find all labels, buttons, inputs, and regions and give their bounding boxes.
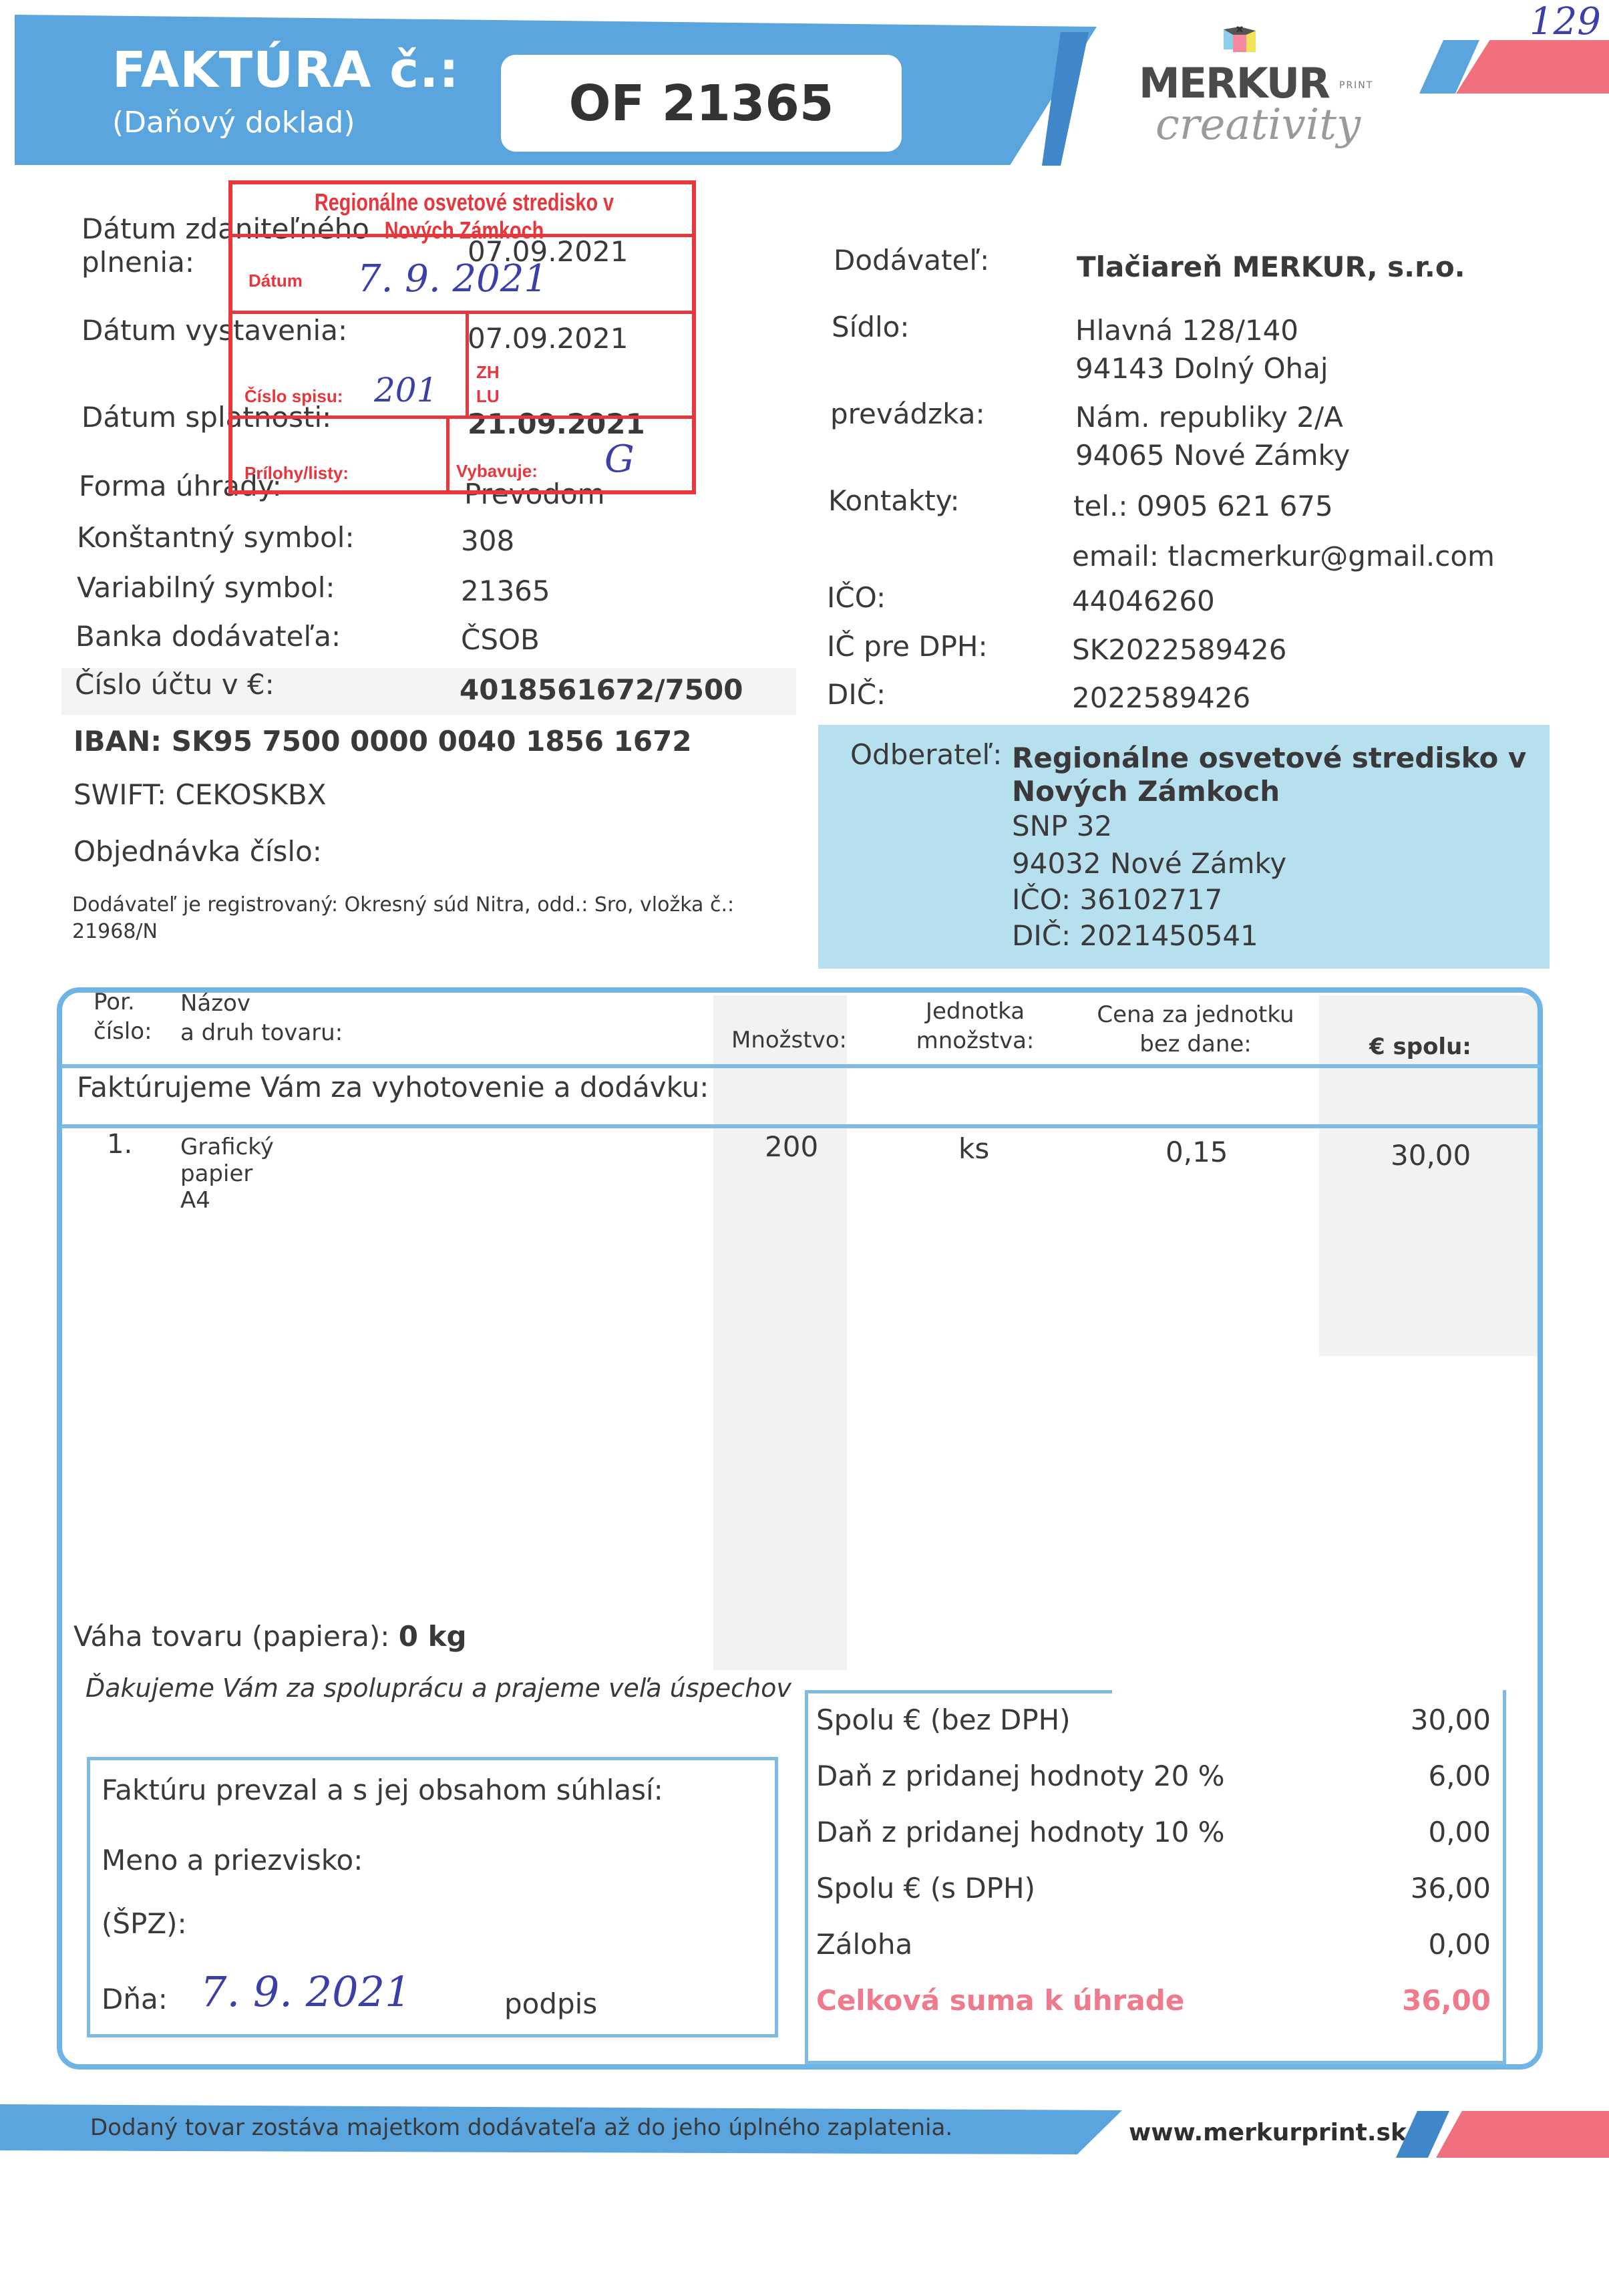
footer-stripe-red: [1436, 2111, 1609, 2158]
registration-note: Dodávateľ je registrovaný: Okresný súd N…: [72, 892, 800, 945]
icdph-label: IČ pre DPH:: [827, 630, 988, 663]
receipt-name-label: Meno a priezvisko:: [102, 1844, 363, 1876]
weight-row: Váha tovaru (papiera): 0 kg: [73, 1620, 467, 1653]
weight-label: Váha tovaru (papiera):: [73, 1620, 389, 1653]
stamp-divider: [466, 311, 469, 418]
totals-label: Spolu € (s DPH): [816, 1872, 1035, 1905]
totals-value: 0,00: [1428, 1816, 1491, 1848]
swift: SWIFT: CEKOSKBX: [73, 778, 327, 811]
stamp-divider: [446, 416, 450, 494]
stamp-divider: [228, 311, 696, 314]
stamp-code-zh: ZH: [476, 362, 500, 383]
totals-value: 30,00: [1411, 1703, 1491, 1736]
totals-label: Celková suma k úhrade: [816, 1984, 1184, 2017]
totals-row: Celková suma k úhrade36,00: [816, 1984, 1491, 2017]
col-price-header: Cena za jednotku bez dane:: [1082, 1000, 1309, 1059]
contacts-label: Kontakty:: [828, 484, 960, 517]
logo-cube-icon: [1222, 25, 1257, 56]
customer-city: 94032 Nové Zámky: [1012, 847, 1286, 880]
weight-value: 0 kg: [399, 1620, 467, 1653]
stamp-date-handwritten: 7. 9. 2021: [357, 257, 548, 301]
row-unit: ks: [958, 1132, 989, 1165]
invoice-number: OF 21365: [501, 55, 902, 152]
supplier-phone: tel.: 0905 621 675: [1073, 490, 1333, 522]
variable-symbol-label: Variabilný symbol:: [77, 571, 335, 604]
stamp-divider: [228, 234, 696, 237]
receipt-title: Faktúru prevzal a s jej obsahom súhlasí:: [102, 1774, 663, 1806]
totals-label: Záloha: [816, 1928, 912, 1961]
footer-website-link[interactable]: www.merkurprint.sk: [1129, 2119, 1407, 2146]
dic-label: DIČ:: [827, 678, 886, 711]
totals-top-border: [805, 1690, 1112, 1693]
premises-line1: Nám. republiky 2/A: [1075, 401, 1343, 434]
items-intro: Faktúrujeme Vám za vyhotovenie a dodávku…: [77, 1071, 709, 1104]
totals-value: 0,00: [1428, 1928, 1491, 1961]
signature-label: podpis: [504, 1987, 597, 2020]
customer-ico: IČO: 36102717: [1012, 883, 1222, 916]
receipt-date-handwritten: 7. 9. 2021: [200, 1967, 411, 2016]
row-name: Grafický papier A4: [180, 1134, 274, 1214]
iban: IBAN: SK95 7500 0000 0040 1856 1672: [73, 725, 692, 758]
totals-row: Spolu € (bez DPH)30,00: [816, 1703, 1491, 1736]
account-label: Číslo účtu v €:: [75, 668, 275, 701]
customer-name-line2: Nových Zámkoch: [1012, 775, 1280, 808]
row-unit-price: 0,15: [1166, 1136, 1228, 1168]
logo-suffix: PRINT: [1339, 80, 1373, 91]
col-no-header: Por. číslo:: [94, 987, 152, 1046]
stamp-date-label: Dátum: [248, 271, 303, 291]
customer-dic: DIČ: 2021450541: [1012, 919, 1258, 952]
totals-value: 36,00: [1402, 1984, 1491, 2017]
col-unit-header: Jednotka množstva:: [908, 997, 1042, 1055]
supplier-email: email: tlacmerkur@gmail.com: [1072, 540, 1495, 572]
thanks-note: Ďakujeme Vám za spoluprácu a prajeme veľ…: [85, 1673, 791, 1703]
customer-label: Odberateľ:: [850, 738, 1002, 771]
stamp-code-lu: LU: [476, 386, 500, 407]
seat-line1: Hlavná 128/140: [1075, 314, 1298, 347]
logo-tagline: creativity: [1155, 100, 1361, 150]
stamp-file-handwritten: 201: [374, 371, 437, 409]
row-number: 1.: [107, 1129, 132, 1160]
icdph-value: SK2022589426: [1072, 633, 1286, 666]
totals-row: Spolu € (s DPH)36,00: [816, 1872, 1491, 1905]
order-number-label: Objednávka číslo:: [73, 835, 322, 868]
constant-symbol-value: 308: [461, 524, 514, 557]
premises-label: prevádzka:: [830, 397, 985, 430]
totals-label: Spolu € (bez DPH): [816, 1703, 1071, 1736]
totals-value: 6,00: [1428, 1760, 1491, 1792]
totals-label: Daň z pridanej hodnoty 10 %: [816, 1816, 1225, 1848]
totals-value: 36,00: [1411, 1872, 1491, 1905]
col-qty-header: Množstvo:: [731, 1025, 847, 1055]
row-total: 30,00: [1391, 1139, 1471, 1172]
dic-value: 2022589426: [1072, 681, 1250, 714]
totals-row: Daň z pridanej hodnoty 10 %0,00: [816, 1816, 1491, 1848]
receipt-date-label: Dňa:: [102, 1983, 168, 2015]
table-header-divider: [61, 1064, 1541, 1068]
footer-note: Dodaný tovar zostáva majetkom dodávateľa…: [90, 2114, 952, 2141]
customer-name-line1: Regionálne osvetové stredisko v: [1012, 742, 1526, 774]
customer-street: SNP 32: [1012, 810, 1112, 842]
totals-row: Záloha0,00: [816, 1928, 1491, 1961]
header-stripe-red: [1456, 40, 1609, 94]
totals-row: Daň z pridanej hodnoty 20 %6,00: [816, 1760, 1491, 1792]
bank-value: ČSOB: [461, 623, 540, 656]
handwritten-page-number: 129: [1530, 0, 1601, 43]
bank-label: Banka dodávateľa:: [75, 620, 341, 653]
supplier-name: Tlačiareň MERKUR, s.r.o.: [1077, 251, 1465, 283]
supplier-label: Dodávateľ:: [834, 244, 989, 277]
variable-symbol-value: 21365: [461, 575, 550, 607]
ico-value: 44046260: [1072, 585, 1215, 617]
account-value: 4018561672/7500: [460, 673, 743, 706]
row-qty: 200: [765, 1130, 818, 1163]
stamp-divider: [228, 416, 696, 419]
invoice-subtitle: (Daňový doklad): [112, 106, 355, 140]
stamp-handler-handwritten: G: [604, 438, 635, 481]
stamp-file-label: Číslo spisu:: [244, 386, 343, 407]
seat-label: Sídlo:: [832, 311, 910, 343]
col-total-header: € spolu:: [1369, 1032, 1471, 1061]
stamp-handler-label: Vybavuje:: [456, 461, 538, 482]
table-intro-divider: [61, 1124, 1541, 1128]
receipt-plate-label: (ŠPZ):: [102, 1907, 187, 1940]
premises-line2: 94065 Nové Zámky: [1075, 439, 1350, 472]
totals-label: Daň z pridanej hodnoty 20 %: [816, 1760, 1225, 1792]
ico-label: IČO:: [827, 581, 886, 614]
stamp-attachments-label: Prílohy/listy:: [244, 463, 349, 484]
constant-symbol-label: Konštantný symbol:: [77, 521, 355, 554]
col-name-header: Názov a druh tovaru:: [180, 989, 343, 1047]
seat-line2: 94143 Dolný Ohaj: [1075, 352, 1328, 385]
invoice-title: FAKTÚRA č.:: [112, 41, 460, 99]
